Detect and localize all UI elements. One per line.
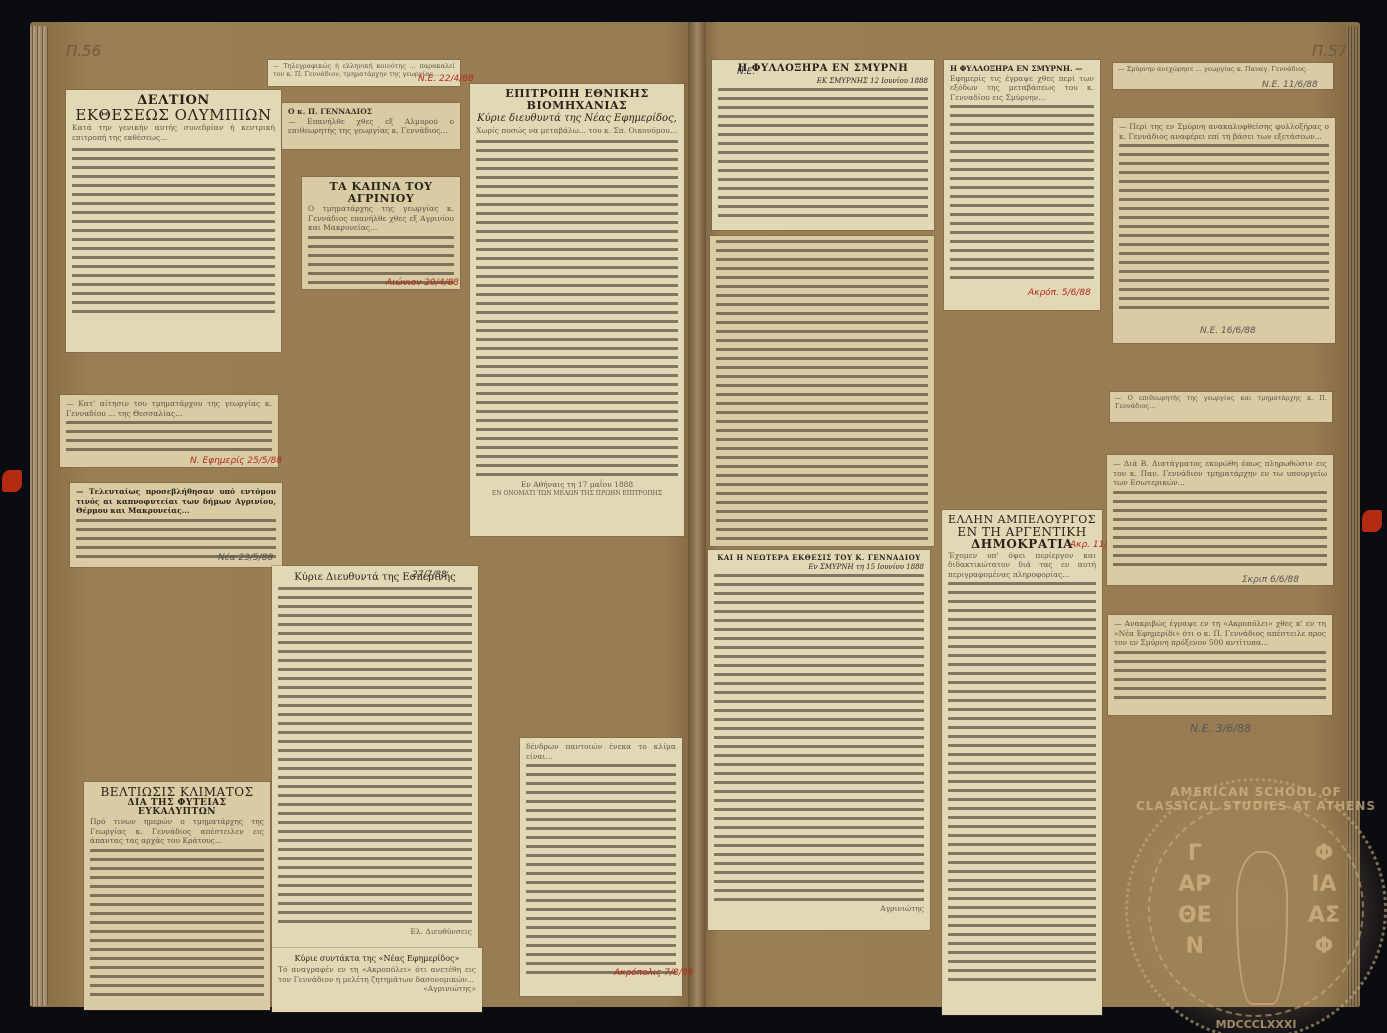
seal-letters-left: Γ ΑΡ ΘΕ Ν bbox=[1178, 841, 1212, 959]
seal-letter: ΘΕ bbox=[1178, 903, 1212, 928]
text-block bbox=[714, 574, 924, 904]
clipping-phylloxera-smyrna-cont bbox=[710, 236, 934, 546]
clipping-phylloxera-smyrna-2: Η ΦΥΛΛΟΞΗΡΑ ΕΝ ΣΜΥΡΝΗ. — Εφημερίς τις έγ… bbox=[944, 60, 1100, 310]
clipping-excerpt: Χωρίς ποσώς να μεταβάλω... του κ. Σπ. Οι… bbox=[476, 126, 678, 136]
text-block bbox=[526, 764, 676, 974]
clipping-decree: — Διά Β. Διατάγματος εκυρώθη όπως πληρωθ… bbox=[1107, 455, 1333, 585]
clipping-title: Κύριε συντάκτα της «Νέας Εφημερίδος» bbox=[278, 954, 476, 963]
clipping-deltion: ΔΕΛΤΙΟΝ ΕΚΘΕΣΕΩΣ ΟΛΥΜΠΙΩΝ Κατά την γενικ… bbox=[66, 90, 281, 352]
seal-letter: Γ bbox=[1188, 841, 1202, 866]
clipping-subtitle: ΕΚ ΣΜΥΡΝΗΣ 12 Ιουνίου 1888 bbox=[718, 77, 928, 85]
handwritten-date: Ακρόπολις 7/8/88 bbox=[614, 968, 693, 978]
seal-letter: ΑΡ bbox=[1178, 872, 1211, 897]
clipping-ampelourgos: ΕΛΛΗΝ ΑΜΠΕΛΟΥΡΓΟΣ ΕΝ ΤΗ ΑΡΓΕΝΤΙΚΗ ΔΗΜΟΚΡ… bbox=[942, 510, 1102, 1015]
clipping-smyrna-phylloxera-long: — Περί της εν Σμύρνη ανακαλυφθείσης φυλλ… bbox=[1113, 118, 1335, 343]
handwritten-date: Ακρόπ. 5/6/88 bbox=[1028, 288, 1091, 298]
seal-letter: Φ bbox=[1315, 841, 1334, 866]
clipping-excerpt: — Ανακριβώς έγραψε εν τη «Ακροπόλει» χθε… bbox=[1114, 619, 1326, 648]
clipping-excerpt: — Σμύρνην ανεχώρησε ... γεωργίας κ. Πανα… bbox=[1118, 65, 1328, 73]
clipping-signature: «Αγρινιώτης» bbox=[278, 984, 476, 994]
clipping-excerpt: — Ο επιθεωρητής της γεωργίας και τμηματά… bbox=[1115, 394, 1327, 410]
clipping-subtitle: ΔΙΑ ΤΗΣ ΦΥΤΕΙΑΣ ΕΥΚΑΛΥΠΤΩΝ bbox=[90, 799, 264, 818]
handwritten-date: Ν.Ε. 11/6/88 bbox=[1262, 80, 1318, 90]
text-block bbox=[1119, 144, 1329, 314]
seal-letter: ΙΑ bbox=[1311, 872, 1336, 897]
ribbon-marker-right bbox=[1362, 510, 1382, 532]
clipping-eucalyptus-cont: δένδρων παντοιών ένεκα το κλίμα είναι... bbox=[520, 738, 682, 996]
clipping-epitropi: ΕΠΙΤΡΟΠΗ ΕΘΝΙΚΗΣ ΒΙΟΜΗΧΑΝΙΑΣ Κύριε διευθ… bbox=[470, 84, 684, 536]
clipping-signature: ΕΝ ΟΝΟΜΑΤΙ ΤΩΝ ΜΕΛΩΝ ΤΗΣ ΠΡΩΗΝ ΕΠΙΤΡΟΠΗΣ bbox=[476, 489, 678, 499]
seal-letter: ΑΣ bbox=[1308, 903, 1340, 928]
handwritten-date: Σκριπ 6/6/88 bbox=[1242, 575, 1299, 585]
right-page-number: Π.57 bbox=[1312, 42, 1347, 60]
clipping-signature: Ελ. Διευθύνσεις bbox=[278, 927, 472, 937]
clipping-kapna-agriniou: ΤΑ ΚΑΠΝΑ ΤΟΥ ΑΓΡΙΝΙΟΥ Ο τμηματάρχης της … bbox=[302, 177, 460, 289]
clipping-excerpt: Πρό τινων ημερών ο τμηματάρχης της Γεωργ… bbox=[90, 817, 264, 846]
clipping-title: ΒΕΛΤΙΩΣΙΣ ΚΛΙΜΑΤΟΣ bbox=[90, 786, 264, 799]
clipping-excerpt: Τό αναγραφέν εν τη «Ακροπόλει» ότι ανετέ… bbox=[278, 965, 476, 984]
clipping-veltiosis: ΒΕΛΤΙΩΣΙΣ ΚΛΙΜΑΤΟΣ ΔΙΑ ΤΗΣ ΦΥΤΕΙΑΣ ΕΥΚΑΛ… bbox=[84, 782, 270, 1010]
clipping-date: Εν Αθήναις τη 17 μαΐου 1888 bbox=[476, 480, 678, 490]
handwritten-date: 27/7/88 bbox=[412, 570, 447, 580]
clipping-excerpt: δένδρων παντοιών ένεκα το κλίμα είναι... bbox=[526, 742, 676, 761]
handwritten-date: Ν.Ε. 16/6/88 bbox=[1200, 326, 1256, 336]
seal-letters-right: Φ ΙΑ ΑΣ Φ bbox=[1308, 841, 1340, 959]
seal-date-text: MDCCCLXXXI bbox=[1128, 1018, 1384, 1031]
clipping-title: Ο κ. Π. ΓΕΝΝΑΔΙΟΣ bbox=[288, 107, 454, 117]
clipping-letter-neaephimeris: Κύριε συντάκτα της «Νέας Εφημερίδος» Τό … bbox=[272, 948, 482, 1012]
text-block bbox=[948, 582, 1096, 982]
clipping-title: ΚΑΙ Η ΝΕΩΤΕΡΑ ΕΚΘΕΣΙΣ ΤΟΥ Κ. ΓΕΝΝΑΔΙΟΥ bbox=[714, 554, 924, 561]
seal-letter: Φ bbox=[1315, 934, 1334, 959]
handwritten-date: Ν. Εφημερίς 25/5/88 bbox=[190, 456, 282, 466]
handwritten-note: Ν.Ε. bbox=[737, 67, 755, 77]
text-block bbox=[716, 240, 928, 540]
clipping-excerpt: — Τελευταίως προσεβλήθησαν υπό εντόμου τ… bbox=[76, 487, 276, 516]
book-gutter bbox=[688, 22, 706, 1007]
handwritten-date: Νέα 23/5/88 bbox=[218, 553, 273, 563]
clipping-akropolis-report: — Ανακριβώς έγραψε εν τη «Ακροπόλει» χθε… bbox=[1108, 615, 1332, 715]
clipping-subtitle: ΕΚΘΕΣΕΩΣ ΟΛΥΜΠΙΩΝ bbox=[72, 108, 275, 124]
seal-letter: Ν bbox=[1186, 934, 1204, 959]
clipping-new-report: ΚΑΙ Η ΝΕΩΤΕΡΑ ΕΚΘΕΣΙΣ ΤΟΥ Κ. ΓΕΝΝΑΔΙΟΥ Ε… bbox=[708, 550, 930, 930]
clipping-excerpt: — Περί της εν Σμύρνη ανακαλυφθείσης φυλλ… bbox=[1119, 122, 1329, 141]
handwritten-date: Αιώνιον 20/4/88 bbox=[386, 278, 459, 288]
clipping-subtitle: Εν ΣΜΥΡΝΗ τη 15 Ιουνίου 1888 bbox=[714, 563, 924, 571]
clipping-excerpt: — Κατ' αίτησιν του τμηματάρχου της γεωργ… bbox=[66, 399, 272, 418]
text-block bbox=[1113, 491, 1327, 571]
ribbon-marker-left bbox=[2, 470, 22, 492]
left-page-number: Π.56 bbox=[66, 42, 101, 60]
text-block bbox=[1114, 651, 1326, 705]
seal-ring-text: AMERICAN SCHOOL OF CLASSICAL STUDIES AT … bbox=[1128, 785, 1384, 813]
clipping-excerpt: Κατά την γενικήν αυτής συνεδρίαν ή κεντρ… bbox=[72, 123, 275, 142]
clipping-signature: Αγρινιώτης bbox=[714, 904, 924, 914]
clipping-phylloxera-smyrna-1: Η ΦΥΛΛΟΞΗΡΑ ΕΝ ΣΜΥΡΝΗ ΕΚ ΣΜΥΡΝΗΣ 12 Ιουν… bbox=[712, 60, 934, 230]
clipping-title: ΕΠΙΤΡΟΠΗ ΕΘΝΙΚΗΣ ΒΙΟΜΗΧΑΝΙΑΣ bbox=[476, 88, 678, 111]
library-stamp-seal: AMERICAN SCHOOL OF CLASSICAL STUDIES AT … bbox=[1125, 778, 1387, 1033]
text-block bbox=[72, 148, 275, 318]
text-block bbox=[476, 140, 678, 480]
text-block bbox=[90, 849, 264, 999]
clipping-gennadios: Ο κ. Π. ΓΕΝΝΑΔΙΟΣ — Επανήλθε χθες εξ Αλμ… bbox=[282, 103, 460, 149]
clipping-excerpt: Εφημερίς τις έγραψε χθες περί των εξόδων… bbox=[950, 74, 1094, 103]
handwritten-date: Ν.Ε. 3/6/88 bbox=[1190, 722, 1251, 735]
text-block bbox=[718, 88, 928, 218]
clipping-smyrna-short: — Ο επιθεωρητής της γεωργίας και τμηματά… bbox=[1110, 392, 1332, 422]
text-block bbox=[66, 421, 272, 457]
clipping-title: ΕΛΛΗΝ ΑΜΠΕΛΟΥΡΓΟΣ bbox=[948, 514, 1096, 526]
clipping-excerpt: Έχομεν υπ' όψει περίεργον και διδακτικώτ… bbox=[948, 551, 1096, 580]
clipping-excerpt: Ο τμηματάρχης της γεωργίας κ. Γεννάδιος … bbox=[308, 204, 454, 233]
text-block bbox=[950, 105, 1094, 285]
clipping-title: ΤΑ ΚΑΠΝΑ ΤΟΥ ΑΓΡΙΝΙΟΥ bbox=[308, 181, 454, 204]
clipping-title: Η ΦΥΛΛΟΞΗΡΑ ΕΝ ΣΜΥΡΝΗ. — bbox=[950, 64, 1094, 74]
text-block bbox=[278, 587, 472, 927]
clipping-subtitle: Κύριε διευθυντά της Νέας Εφημερίδος, bbox=[476, 113, 678, 124]
clipping-excerpt: — Επανήλθε χθες εξ Αλμυρού ο επιθεωρητής… bbox=[288, 117, 454, 136]
clipping-letter-evening: Κύριε Διευθυντά της Εσπερινής Ελ. Διευθύ… bbox=[272, 566, 478, 948]
clipping-excerpt: — Διά Β. Διατάγματος εκυρώθη όπως πληρωθ… bbox=[1113, 459, 1327, 488]
handwritten-date: Ν.Ε. 22/4/88 bbox=[418, 74, 474, 84]
seal-letters: Γ ΑΡ ΘΕ Ν Φ ΙΑ ΑΣ Φ bbox=[1178, 841, 1340, 959]
